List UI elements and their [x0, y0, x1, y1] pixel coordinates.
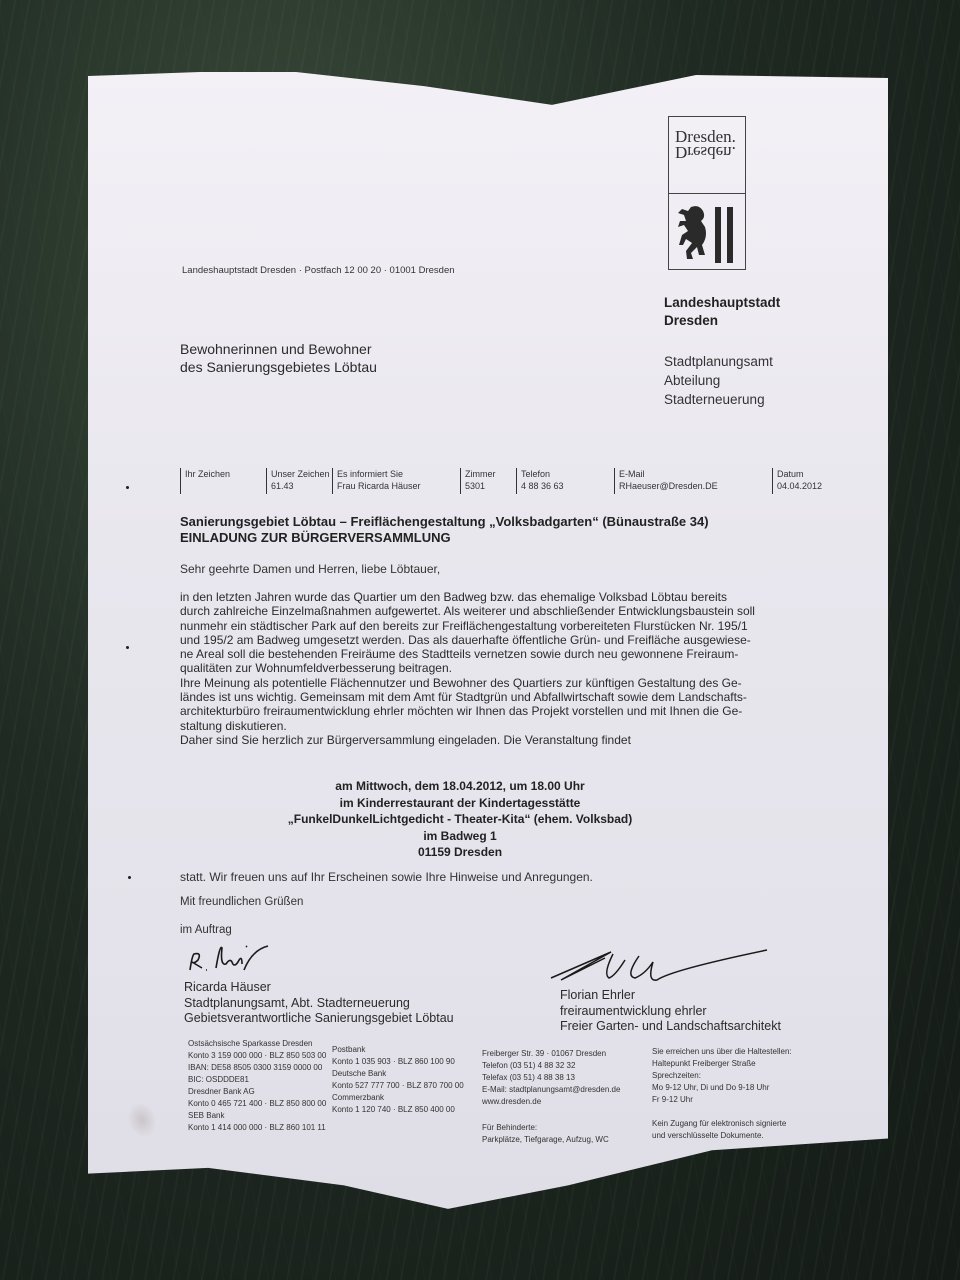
event-venue: im Kinderrestaurant der Kindertagesstätt… — [180, 795, 740, 812]
punch-mark — [128, 876, 131, 879]
footer-line: und verschlüsselte Dokumente. — [652, 1130, 786, 1142]
punch-mark — [126, 486, 129, 489]
reference-value: 61.43 — [271, 480, 330, 492]
coat-of-arms-bars — [715, 207, 739, 268]
footer-digital-notice: Kein Zugang für elektronisch signierte u… — [652, 1118, 786, 1142]
letter-subject: Sanierungsgebiet Löbtau – Freiflächenges… — [180, 514, 709, 546]
reference-value: 5301 — [465, 480, 496, 492]
logo-wordmark-mirror: Dresden. — [675, 142, 736, 162]
reference-your-sign: Ihr Zeichen — [180, 468, 230, 494]
signer-role: freiraumentwicklung ehrler — [560, 1004, 781, 1020]
letter-page: Landeshauptstadt Dresden · Postfach 12 0… — [88, 72, 888, 1244]
reference-value: 4 88 36 63 — [521, 480, 564, 492]
footer-line: Mo 9-12 Uhr, Di und Do 9-18 Uhr — [652, 1082, 792, 1094]
reference-label: Zimmer — [465, 469, 496, 479]
footer-line: Telefax (03 51) 4 88 38 13 — [482, 1072, 620, 1084]
signer-role: Freier Garten- und Landschaftsarchitekt — [560, 1019, 781, 1035]
signer-role: Stadtplanungsamt, Abt. Stadterneuerung — [184, 996, 454, 1012]
department-line: Stadterneuerung — [664, 390, 773, 409]
footer-line: SEB Bank — [188, 1110, 326, 1122]
footer-line: Telefon (03 51) 4 88 32 32 — [482, 1060, 620, 1072]
logo-wordmark-panel: Dresden. Dresden. — [669, 117, 745, 194]
organization-line: Landeshauptstadt — [664, 294, 780, 312]
body-line: nunmehr ein städtischer Park auf den ber… — [180, 619, 820, 633]
on-behalf: im Auftrag — [180, 924, 232, 936]
body-line: architekturbüro freiraumentwicklung ehrl… — [180, 704, 820, 718]
signer-name: Ricarda Häuser — [184, 980, 454, 996]
footer-line: Sprechzeiten: — [652, 1070, 792, 1082]
recipient-line: Bewohnerinnen und Bewohner — [180, 340, 377, 358]
reference-value: RHaeuser@Dresden.DE — [619, 480, 718, 492]
event-date-time: am Mittwoch, dem 18.04.2012, um 18.00 Uh… — [180, 778, 740, 795]
signer-florian-ehrler: Florian Ehrler freiraumentwicklung ehrle… — [560, 988, 781, 1035]
dresden-coat-of-arms-lion-icon — [677, 203, 711, 261]
footer-line: BIC: OSDDDE81 — [188, 1074, 326, 1086]
reference-contact: Es informiert Sie Frau Ricarda Häuser — [332, 468, 421, 494]
body-line: durch zahlreiche Einzelmaßnahmen aufgewe… — [180, 604, 820, 618]
reference-label: Ihr Zeichen — [185, 469, 230, 479]
footer-line: Haltepunkt Freiberger Straße — [652, 1058, 792, 1070]
reference-label: Unser Zeichen — [271, 469, 330, 479]
reference-label: E-Mail — [619, 469, 645, 479]
reference-label: Telefon — [521, 469, 550, 479]
body-line: ne Areal soll die bestehenden Freiräume … — [180, 647, 820, 661]
footer-bank-details-1: Ostsächsische Sparkasse Dresden Konto 3 … — [188, 1038, 326, 1134]
footer-line: Konto 527 777 700 · BLZ 870 700 00 — [332, 1080, 464, 1092]
footer-line: Sie erreichen uns über die Haltestellen: — [652, 1046, 792, 1058]
footer-accessibility: Für Behinderte: Parkplätze, Tiefgarage, … — [482, 1122, 609, 1146]
footer-line: Konto 0 465 721 400 · BLZ 850 800 00 — [188, 1098, 326, 1110]
footer-line: E-Mail: stadtplanungsamt@dresden.de — [482, 1084, 620, 1096]
body-line: Ihre Meinung als potentielle Flächennutz… — [180, 676, 820, 690]
footer-line: Konto 1 414 000 000 · BLZ 860 101 11 — [188, 1122, 326, 1134]
dresden-logo: Dresden. Dresden. — [668, 116, 746, 270]
paper-stain — [123, 1098, 162, 1141]
reference-room: Zimmer 5301 — [460, 468, 496, 494]
reference-date: Datum 04.04.2012 — [772, 468, 822, 494]
event-city: 01159 Dresden — [180, 844, 740, 861]
footer-line: Postbank — [332, 1044, 464, 1056]
salutation: Sehr geehrte Damen und Herren, liebe Löb… — [180, 562, 440, 576]
footer-line: Dresdner Bank AG — [188, 1086, 326, 1098]
reference-label: Datum — [777, 469, 804, 479]
event-details: am Mittwoch, dem 18.04.2012, um 18.00 Uh… — [180, 778, 740, 861]
footer-line: Für Behinderte: — [482, 1122, 609, 1134]
reference-label: Es informiert Sie — [337, 469, 403, 479]
department-line: Abteilung — [664, 371, 773, 390]
punch-mark — [126, 646, 129, 649]
letter-body: in den letzten Jahren wurde das Quartier… — [180, 590, 820, 747]
reference-value: 04.04.2012 — [777, 480, 822, 492]
footer-line: Konto 1 035 903 · BLZ 860 100 90 — [332, 1056, 464, 1068]
recipient-line: des Sanierungsgebietes Löbtau — [180, 358, 377, 376]
department-name: Stadtplanungsamt Abteilung Stadterneueru… — [664, 352, 773, 409]
subject-line: Sanierungsgebiet Löbtau – Freiflächenges… — [180, 514, 709, 530]
reference-value: Frau Ricarda Häuser — [337, 480, 421, 492]
body-line: staltung diskutieren. — [180, 719, 820, 733]
reference-phone: Telefon 4 88 36 63 — [516, 468, 564, 494]
body-line: ländes ist uns wichtig. Gemeinsam mit de… — [180, 690, 820, 704]
event-street: im Badweg 1 — [180, 828, 740, 845]
signer-role: Gebietsverantwortliche Sanierungsgebiet … — [184, 1011, 454, 1027]
department-line: Stadtplanungsamt — [664, 352, 773, 371]
reference-row: Ihr Zeichen Unser Zeichen 61.43 Es infor… — [180, 468, 820, 496]
footer-line: IBAN: DE58 8505 0300 3159 0000 00 — [188, 1062, 326, 1074]
body-line: und 195/2 am Badweg umgesetzt werden. Da… — [180, 633, 820, 647]
signer-name: Florian Ehrler — [560, 988, 781, 1004]
footer-line: Parkplätze, Tiefgarage, Aufzug, WC — [482, 1134, 609, 1146]
footer-line: Ostsächsische Sparkasse Dresden — [188, 1038, 326, 1050]
organization-name: Landeshauptstadt Dresden — [664, 294, 780, 330]
event-venue-name: „FunkelDunkelLichtgedicht - Theater-Kita… — [180, 811, 740, 828]
organization-line: Dresden — [664, 312, 780, 330]
closing-sentence: statt. Wir freuen uns auf Ihr Erscheinen… — [180, 870, 593, 884]
footer-line: Commerzbank — [332, 1092, 464, 1104]
sender-return-address: Landeshauptstadt Dresden · Postfach 12 0… — [182, 265, 455, 276]
footer-line: www.dresden.de — [482, 1096, 620, 1108]
body-line: in den letzten Jahren wurde das Quartier… — [180, 590, 820, 604]
signer-ricarda-haeuser: Ricarda Häuser Stadtplanungsamt, Abt. St… — [184, 980, 454, 1027]
footer-line: Konto 3 159 000 000 · BLZ 850 503 00 — [188, 1050, 326, 1062]
footer-line: Deutsche Bank — [332, 1068, 464, 1080]
footer-office-hours: Sie erreichen uns über die Haltestellen:… — [652, 1046, 792, 1106]
handwritten-signature-icon — [184, 940, 294, 980]
footer-line: Freiberger Str. 39 · 01067 Dresden — [482, 1048, 620, 1060]
recipient-block: Bewohnerinnen und Bewohner des Sanierung… — [180, 340, 377, 376]
handwritten-signature-icon — [543, 944, 773, 986]
footer-line: Fr 9-12 Uhr — [652, 1094, 792, 1106]
footer-bank-details-2: Postbank Konto 1 035 903 · BLZ 860 100 9… — [332, 1044, 464, 1116]
footer-line: Konto 1 120 740 · BLZ 850 400 00 — [332, 1104, 464, 1116]
footer-line: Kein Zugang für elektronisch signierte — [652, 1118, 786, 1130]
footer-address: Freiberger Str. 39 · 01067 Dresden Telef… — [482, 1048, 620, 1108]
regards: Mit freundlichen Grüßen — [180, 896, 303, 908]
body-line: qualitäten zur Wohnumfeldverbesserung be… — [180, 661, 820, 675]
subject-heading: EINLADUNG ZUR BÜRGERVERSAMMLUNG — [180, 530, 709, 546]
reference-email: E-Mail RHaeuser@Dresden.DE — [614, 468, 718, 494]
body-line: Daher sind Sie herzlich zur Bürgerversam… — [180, 733, 820, 747]
reference-our-sign: Unser Zeichen 61.43 — [266, 468, 330, 494]
